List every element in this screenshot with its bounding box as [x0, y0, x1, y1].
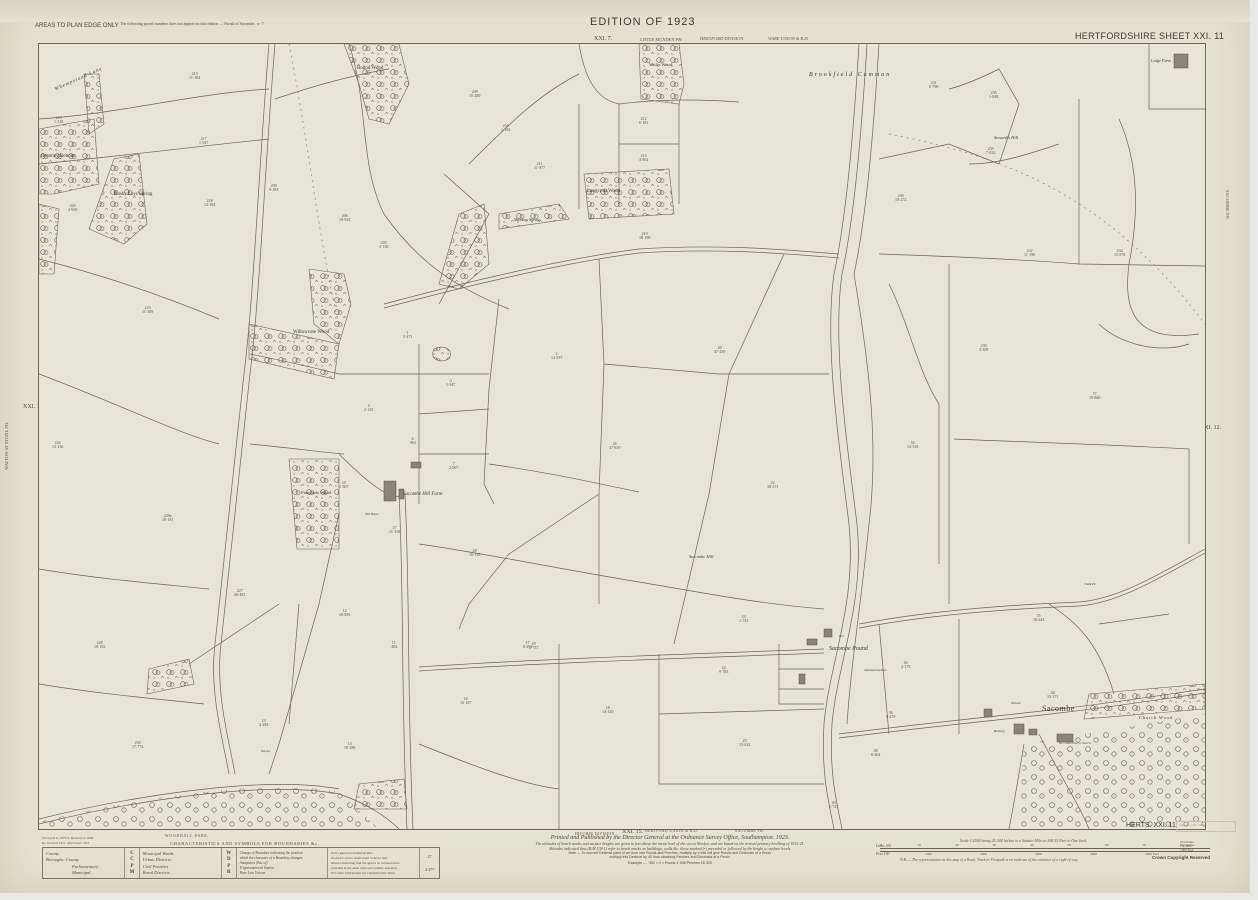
parcel-area: 4·802	[639, 158, 648, 162]
place-rectory: Rectory	[994, 729, 1005, 733]
parcel-area: 6·181	[639, 121, 648, 125]
parcel-label: 23018·272	[895, 194, 906, 202]
parcel-label: 2144·802	[639, 154, 648, 162]
parcel-area: 16·187	[460, 701, 471, 705]
boundary-label-woodhall-park: WOODHALL PARK	[165, 834, 208, 838]
legend-letter-d: D	[227, 857, 231, 862]
parcel-area: 13·632	[739, 743, 750, 747]
publication-notes: Printed and Published by the Director Ge…	[460, 835, 880, 865]
place-st-catherines-church: St. Catherine's Church	[1059, 741, 1091, 745]
parcel-area: 18·198	[639, 236, 650, 240]
parcel-area: 2·135	[364, 408, 373, 412]
parcel-area: 7·832	[986, 151, 995, 155]
parcel-area: 4·138	[379, 245, 388, 249]
parcel-area: 11·118	[389, 530, 400, 534]
legend-boroughs-county: Boroughs: County	[46, 857, 121, 862]
parcel-area: 47·819	[609, 446, 620, 450]
legend-braces-1: Braces indicating that the spaces so con…	[331, 861, 416, 865]
parcel-label: 2047·239	[714, 346, 725, 354]
parcel-area: 9·183	[269, 188, 278, 192]
parcel-area: 10·839	[339, 613, 350, 617]
parcel-area: 4·308	[979, 348, 988, 352]
parcel-label: 2816·318	[469, 549, 480, 557]
parcel-label: 231·741	[739, 615, 748, 623]
scale-tick: 0	[880, 843, 882, 847]
legend-letter-p: P	[130, 864, 133, 869]
place-allotment-gardens: Allotment Gardens	[864, 668, 887, 672]
parcel-label: 2351·848	[989, 91, 998, 99]
legend-antiquities: Antiquities (Site of)	[240, 861, 325, 865]
legend-letter-r: R	[227, 870, 231, 875]
parcel-label: 22613·136	[52, 441, 63, 449]
parcel-label: 2513·632	[739, 739, 750, 747]
parcel-label: 6·801	[409, 437, 416, 445]
parcel-label: 491·727	[829, 801, 838, 809]
parcel-area: 11·389	[142, 310, 153, 314]
pub-line-5: multiply this Decimal by 40 thus obtaini…	[460, 855, 880, 859]
parcel-label: 23415·878	[1114, 249, 1125, 257]
legend-area-given: Its area is given underneath in Acres th…	[331, 856, 416, 860]
boundary-label-top-1: LITTLE MUNDEN PH.	[640, 37, 683, 42]
legend-braces-2: included in the same reference number an…	[331, 866, 416, 870]
parcel-label: 22720·481	[234, 589, 245, 597]
parcel-area: 16·243	[1033, 618, 1044, 622]
legend-county: County	[46, 851, 121, 856]
map-area[interactable]: Whempstead Lane Bromley Bottom Busky Ley…	[38, 43, 1206, 830]
parcel-label: 2337·832	[986, 147, 995, 155]
parcel-label: 72·007	[449, 462, 458, 470]
edition-title: EDITION OF 1923	[590, 16, 695, 28]
parcel-area: 15·878	[1114, 253, 1125, 257]
legend-change-boundary-2: which the character of a Boundary change…	[240, 856, 325, 860]
legend-poor-law-unions: Poor Law Unions	[240, 871, 325, 875]
parcel-area: 12·518	[907, 445, 918, 449]
legend-letter-c1: C	[130, 851, 134, 856]
parcel-area: 2·007	[449, 466, 458, 470]
legend-rural-districts: Rural Districts	[143, 870, 218, 875]
place-pinnyards-wood: Pinnyards Wood	[296, 490, 336, 495]
boundary-label-top-2: HERTFORD DIVISION	[700, 36, 743, 41]
parcel-area: 1·318	[54, 120, 63, 124]
parcel-label: 1814·120	[602, 706, 613, 714]
survey-note-2: Re-levelled 1921. Reprinted 1923	[42, 841, 89, 845]
parcel-label: 21311·184	[189, 72, 200, 80]
parcel-label: 23017·774	[132, 741, 143, 749]
parcel-label: 2126·181	[639, 117, 648, 125]
scale-note: N.B. — The representation on this map of…	[900, 858, 1078, 862]
parcel-area: 18·182	[94, 645, 105, 649]
place-sewards-hill: Seward's Hill	[994, 135, 1018, 140]
parcel-label: 21918·198	[639, 232, 650, 240]
boundary-label-bottom-2: HERTFORD UNION & R.D.	[645, 829, 698, 833]
parcel-label: 2089·183	[269, 184, 278, 192]
parcel-label: 20610·922	[339, 214, 350, 222]
parcel-label: 101·507	[339, 481, 348, 489]
scale-tick: 40	[1030, 843, 1034, 847]
parcel-area: 1·947	[199, 141, 208, 145]
parcel-area: 19·840	[1089, 396, 1100, 400]
parcel-area: 18·181	[162, 518, 173, 522]
place-longcroft-wood: Longcroft Wood	[587, 189, 620, 194]
parcel-label: 1616·187	[460, 697, 471, 705]
parcel-area: 15·280	[469, 94, 480, 98]
parcel-area: 1·947	[446, 383, 455, 387]
parcel-label: 22818·182	[94, 641, 105, 649]
parcel-area: 16·318	[469, 553, 480, 557]
parcel-area: 10·922	[339, 218, 350, 222]
parcel-label: 4415·171	[1047, 691, 1058, 699]
parcel-label: 2101·182	[501, 124, 510, 132]
parcel-area: 13·136	[52, 445, 63, 449]
parcel-label: 31·947	[446, 379, 455, 387]
legend-urban-districts: Urban Districts	[143, 857, 218, 862]
parish-note: The following parcel numbers does not ap…	[120, 21, 264, 27]
parcel-area: ·801	[409, 441, 416, 445]
legend-civil-parishes: Civil Parishes	[143, 864, 218, 869]
parcel-area: 18·289	[344, 746, 355, 750]
parcel-label: 15·471	[403, 331, 412, 339]
place-sacombe: Sacombe	[1042, 704, 1075, 713]
legend-trig-station: Trigonometrical Station	[240, 866, 325, 870]
parcel-label: 22311·389	[142, 306, 153, 314]
parcel-area: 14·937	[551, 356, 562, 360]
copyright-note: Crown Copyright Reserved	[1152, 855, 1210, 860]
place-post-office: P.O.	[839, 634, 844, 638]
parcel-label: 2647·819	[609, 442, 620, 450]
scale-unit-feet: 1000 Feet	[1180, 848, 1193, 852]
place-brookfield-common: Brookfield Common	[809, 72, 891, 78]
place-school: School	[1011, 701, 1021, 705]
place-bromley-bottom: Bromley Bottom	[41, 154, 75, 159]
parcel-area: 11·190	[1024, 253, 1035, 257]
scale-feet-label: Feet 100	[876, 852, 889, 856]
scale-feet-tick: 2000	[980, 852, 987, 856]
parcel-area: 2·737	[529, 646, 538, 650]
parcel-label: 11·482	[390, 641, 397, 649]
parcel-label: 1418·289	[344, 742, 355, 750]
areas-note: AREAS TO PLAN EDGE ONLY	[35, 23, 119, 29]
legend-municipal: Municipal	[46, 870, 121, 875]
place-sacombe-hill: Sacombe Hill	[689, 554, 713, 559]
parcel-area: 1·741	[739, 619, 748, 623]
parcel-area: 2·179	[901, 665, 910, 669]
parcel-area: 1·507	[339, 485, 348, 489]
legend-sample-number: 27	[427, 854, 431, 859]
parcel-label: 5412·518	[907, 441, 918, 449]
parcel-label: 2204·930	[68, 204, 77, 212]
parcel-area: 4·283	[259, 723, 268, 727]
scale-bar: Scale 1/2500 being 25.344 Inches to a St…	[880, 830, 1210, 870]
place-sacombe-hill-farm: Sacombe Hill Farm	[403, 492, 442, 497]
parcel-area: 8·798	[929, 85, 938, 89]
pub-example: Example — ·352 × 4 = Roods 1·408 Perches…	[460, 861, 880, 865]
legend-letter-m: M	[130, 870, 135, 875]
parcel-area: 11·184	[189, 76, 200, 80]
legend-sample-area: 4·377	[425, 867, 434, 872]
parcel-label: 214·937	[551, 352, 562, 360]
parcel-label: 2171·947	[199, 137, 208, 145]
legend-municipal-wards: Municipal Wards	[143, 851, 218, 856]
parcel-label: 5719·840	[1089, 392, 1100, 400]
parcel-label: 486·404	[871, 749, 880, 757]
scale-feet-tick: 1000	[925, 852, 932, 856]
parcel-label: 21813·182	[204, 199, 215, 207]
legend-table: County Boroughs: County Parliamentary Mu…	[42, 847, 440, 879]
boundary-label-bottom-3: SACOMBE PH.	[735, 829, 765, 833]
parcel-label: 1210·839	[339, 609, 350, 617]
place-lodge-farm: Lodge Farm	[1151, 58, 1171, 63]
place-nursery: Nursery	[261, 749, 271, 753]
scale-tick: 10	[918, 843, 922, 847]
scale-feet-tick: 4000	[1090, 852, 1097, 856]
parcel-label: 2238·571	[767, 481, 778, 489]
place-well-house: Well House	[365, 512, 379, 516]
scale-feet-tick: 3000	[1035, 852, 1042, 856]
parcel-area: 38·571	[767, 485, 778, 489]
parcel-label: 42·135	[364, 404, 373, 412]
parcel-label: 249·783	[719, 666, 728, 674]
parcel-label: 134·283	[259, 719, 268, 727]
parcel-area: 1·727	[829, 805, 838, 809]
adjoining-sheet-top: XXI. 7.	[594, 36, 612, 42]
parcel-label: 2394·308	[979, 344, 988, 352]
parcel-area: 11·877	[534, 166, 545, 170]
place-meadow-spring: Meadow Spring	[514, 217, 540, 222]
place-church-wood: Church Wood	[1139, 715, 1173, 720]
parcel-label: 2711·118	[389, 526, 400, 534]
parcel-area: 9·783	[719, 670, 728, 674]
parcel-label: 2054·138	[379, 241, 388, 249]
parcel-label: 21111·877	[534, 162, 545, 170]
legend-letter-w: W	[226, 851, 231, 856]
parcel-area: 18·272	[895, 198, 906, 202]
place-willowcote-wood: Willowcote Wood	[293, 330, 329, 335]
footer-sheet-label: HERTS. XXI. 11	[1126, 822, 1176, 829]
legend-letter-c2: C	[130, 857, 134, 862]
scale-tick: 30	[993, 843, 997, 847]
boundary-label-right: SACOMBE PH.	[1225, 190, 1230, 220]
map-linework	[39, 44, 1205, 829]
parcel-area: 47·239	[714, 350, 725, 354]
price-stamp: PRICE 1s6d. NET	[1176, 821, 1236, 832]
legend-other-info: For other information see Characteristic…	[331, 871, 416, 875]
place-chalk-pit: Chalk Pit	[1084, 582, 1095, 586]
parcel-area: 17·774	[132, 745, 143, 749]
parcel-label: 20915·280	[469, 90, 480, 98]
boundary-label-top-3: WARE UNION & R.D.	[768, 36, 809, 41]
parcel-area: 1·182	[501, 128, 510, 132]
parcel-label: 2151·318	[54, 116, 63, 124]
scale-tick: 70	[1143, 843, 1147, 847]
parcel-area: 8·279	[886, 715, 895, 719]
legend-letter-p2: P	[227, 864, 230, 869]
parcel-area: 4·930	[68, 208, 77, 212]
legend-parcel-numbered: Every parcel is numbered thus	[331, 851, 416, 855]
parcel-area: ·482	[390, 645, 397, 649]
scale-tick: 20	[955, 843, 959, 847]
legend-change-boundary-1: Change of Boundary indicating the positi…	[240, 851, 325, 855]
place-sacombe-pound: Sacombe Pound	[829, 646, 868, 652]
scale-tick: 60	[1105, 843, 1109, 847]
parcel-label: 23211·190	[1024, 249, 1035, 257]
scale-tick: 50	[1068, 843, 1072, 847]
parcel-area: 13·182	[204, 203, 215, 207]
place-wicks-wood: Wicks Wood	[649, 62, 672, 67]
sheet-title: HERTFORDSHIRE SHEET XXI. 11	[1075, 31, 1224, 41]
legend-parliamentary: Parliamentary	[46, 864, 121, 869]
survey-note-1: Surveyed in 1875-6. Revised in 1896	[42, 836, 93, 840]
boundary-label-left: WATTON AT STONE PH.	[4, 422, 9, 470]
parcel-area: 15·171	[1047, 695, 1058, 699]
legend-title: CHARACTERISTICS AND SYMBOLS FOR BOUNDARI…	[170, 841, 319, 846]
place-round-wood: Round Wood	[357, 66, 383, 71]
parcel-label: 462·179	[901, 661, 910, 669]
parcel-label: 368·279	[886, 711, 895, 719]
map-sheet: AREAS TO PLAN EDGE ONLY The following pa…	[0, 0, 1250, 893]
parcel-area: 1·848	[989, 95, 998, 99]
parcel-area: 14·120	[602, 710, 613, 714]
place-busky-leys-spring: Busky Leys Spring	[114, 192, 152, 197]
parcel-label: 229a18·181	[162, 514, 173, 522]
parcel-label: 292·737	[529, 642, 538, 650]
parcel-area: 20·481	[234, 593, 245, 597]
parcel-label: 5516·243	[1033, 614, 1044, 622]
parcel-area: 6·404	[871, 753, 880, 757]
parcel-area: 5·471	[403, 335, 412, 339]
parcel-label: 2318·798	[929, 81, 938, 89]
